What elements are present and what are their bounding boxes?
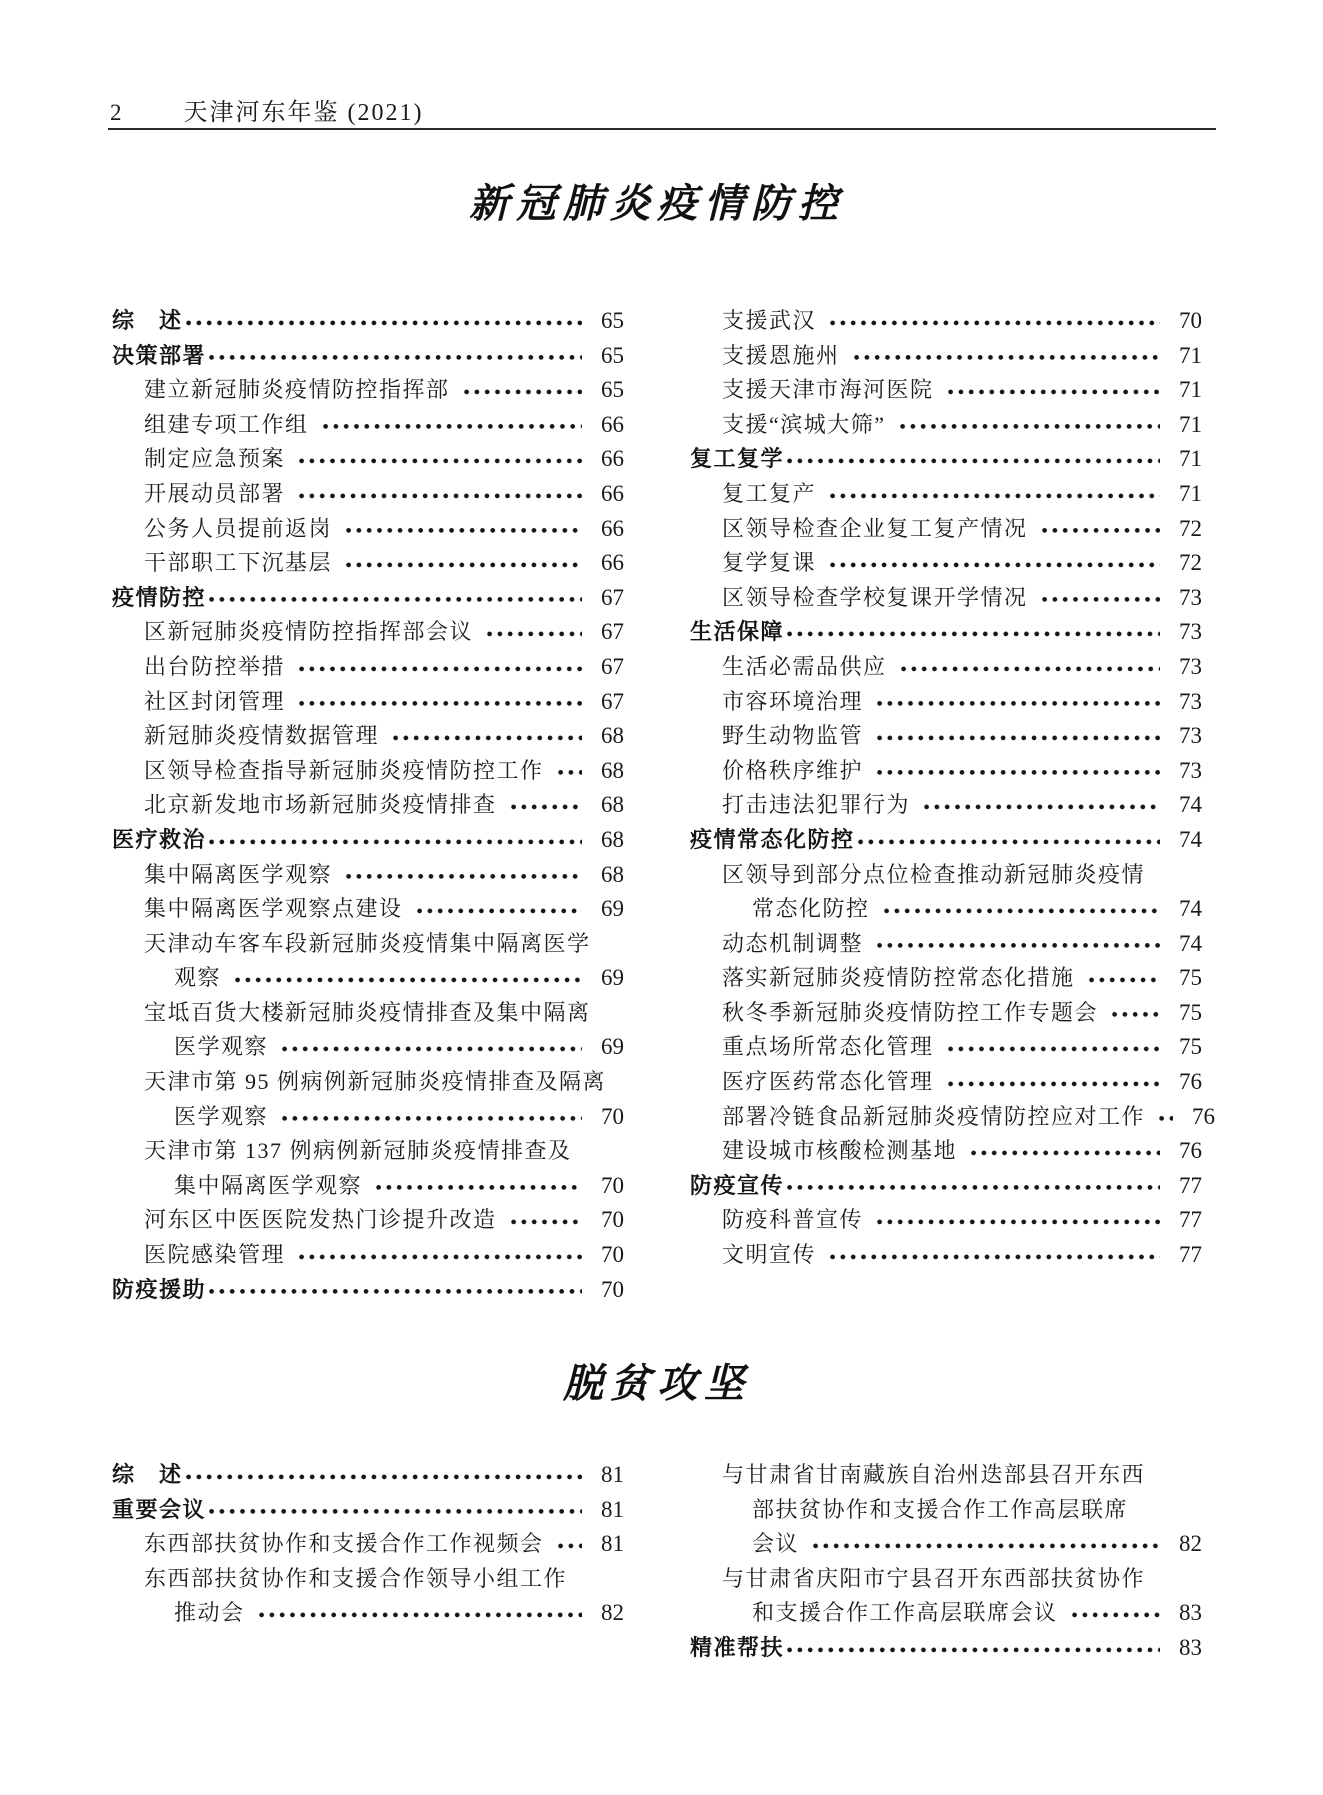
toc-entry-page: 73: [1172, 685, 1202, 720]
toc-entry: 集中隔离医学观察70: [112, 1169, 624, 1204]
toc-entry: 野生动物监管73: [690, 719, 1202, 754]
toc-entry: 文明宣传77: [690, 1238, 1202, 1273]
toc-entry-page: 66: [594, 546, 624, 581]
dot-leader: [787, 1169, 1160, 1204]
toc-entry-page: 70: [594, 1203, 624, 1238]
toc-entry: 社区封闭管理67: [112, 685, 624, 720]
dot-leader: [971, 1134, 1160, 1169]
dot-leader: [186, 1458, 582, 1493]
toc-entry: 组建专项工作组66: [112, 408, 624, 443]
toc-entry: 综 述65: [112, 304, 624, 339]
section-covid: 新冠肺炎疫情防控 综 述65决策部署65建立新冠肺炎疫情防控指挥部65组建专项工…: [112, 176, 1202, 1307]
toc-entry: 重点场所常态化管理75: [690, 1030, 1202, 1065]
toc-entry-page: 71: [1172, 408, 1202, 443]
toc-entry-text: 综 述: [112, 304, 183, 339]
section-covid-title: 新冠肺炎疫情防控: [112, 176, 1202, 232]
toc-entry-page: 73: [1172, 581, 1202, 616]
toc-column-left: 综 述81重要会议81东西部扶贫协作和支援合作工作视频会81东西部扶贫协作和支援…: [112, 1458, 624, 1631]
toc-entry: 制定应急预案66: [112, 442, 624, 477]
dot-leader: [1042, 512, 1160, 547]
dot-leader: [1042, 581, 1160, 616]
toc-entry-page: 76: [1172, 1065, 1202, 1100]
toc-entry: 生活必需品供应73: [690, 650, 1202, 685]
toc-entry: 与甘肃省甘南藏族自治州迭部县召开东西: [690, 1458, 1202, 1493]
toc-entry-page: 68: [594, 823, 624, 858]
toc-entry: 决策部署65: [112, 339, 624, 374]
toc-entry-page: 77: [1172, 1238, 1202, 1273]
toc-entry-text: 支援“滨城大筛”: [722, 408, 886, 443]
toc-entry-page: 70: [594, 1100, 624, 1135]
toc-entry: 防疫援助70: [112, 1273, 624, 1308]
toc-entry: 生活保障73: [690, 615, 1202, 650]
toc-entry: 打击违法犯罪行为74: [690, 788, 1202, 823]
toc-entry-text: 与甘肃省甘南藏族自治州迭部县召开东西: [722, 1458, 1145, 1493]
dot-leader: [511, 1203, 582, 1238]
toc-entry: 天津市第 137 例病例新冠肺炎疫情排查及: [112, 1134, 624, 1169]
toc-entry: 集中隔离医学观察68: [112, 858, 624, 893]
dot-leader: [511, 788, 582, 823]
toc-entry-text: 动态机制调整: [722, 927, 863, 962]
toc-entry-text: 防疫援助: [112, 1273, 206, 1308]
toc-entry-text: 精准帮扶: [690, 1631, 784, 1666]
toc-entry: 市容环境治理73: [690, 685, 1202, 720]
toc-entry: 东西部扶贫协作和支援合作工作视频会81: [112, 1527, 624, 1562]
toc-entry: 疫情常态化防控74: [690, 823, 1202, 858]
toc-entry: 防疫科普宣传77: [690, 1203, 1202, 1238]
toc-entry-text: 区领导检查学校复课开学情况: [722, 581, 1028, 616]
dot-leader: [830, 304, 1160, 339]
toc-entry-text: 天津动车客车段新冠肺炎疫情集中隔离医学: [144, 927, 591, 962]
toc-entry-page: 70: [594, 1273, 624, 1308]
dot-leader: [948, 373, 1160, 408]
toc-entry: 区领导检查指导新冠肺炎疫情防控工作68: [112, 754, 624, 789]
toc-entry-text: 东西部扶贫协作和支援合作领导小组工作: [144, 1562, 567, 1597]
toc-entry-text: 疫情常态化防控: [690, 823, 855, 858]
toc-entry-text: 天津市第 95 例病例新冠肺炎疫情排查及隔离: [144, 1065, 606, 1100]
toc-entry-text: 宝坻百货大楼新冠肺炎疫情排查及集中隔离: [144, 996, 591, 1031]
toc-entry-text: 秋冬季新冠肺炎疫情防控工作专题会: [722, 996, 1098, 1031]
dot-leader: [924, 788, 1160, 823]
toc-entry: 北京新发地市场新冠肺炎疫情排查68: [112, 788, 624, 823]
dot-leader: [877, 754, 1160, 789]
toc-entry: 建设城市核酸检测基地76: [690, 1134, 1202, 1169]
toc-entry: 集中隔离医学观察点建设69: [112, 892, 624, 927]
toc-entry-text: 防疫宣传: [690, 1169, 784, 1204]
toc-entry-page: 67: [594, 581, 624, 616]
dot-leader: [323, 408, 582, 443]
dot-leader: [787, 1631, 1160, 1666]
toc-entry-text: 重点场所常态化管理: [722, 1030, 934, 1065]
toc-entry-text: 部署冷链食品新冠肺炎疫情防控应对工作: [722, 1100, 1145, 1135]
toc-entry-text: 新冠肺炎疫情数据管理: [144, 719, 379, 754]
dot-leader: [1112, 996, 1160, 1031]
toc-entry-page: 76: [1185, 1100, 1215, 1135]
toc-entry: 支援“滨城大筛”71: [690, 408, 1202, 443]
section-poverty-title: 脱贫攻坚: [112, 1356, 1202, 1412]
toc-entry-page: 68: [594, 858, 624, 893]
toc-entry-page: 67: [594, 615, 624, 650]
toc-entry-text: 防疫科普宣传: [722, 1203, 863, 1238]
dot-leader: [299, 477, 582, 512]
header-book-title: 天津河东年鉴 (2021): [184, 92, 424, 127]
dot-leader: [948, 1065, 1160, 1100]
toc-entry-page: 81: [594, 1527, 624, 1562]
dot-leader: [209, 581, 582, 616]
dot-leader: [259, 1596, 582, 1631]
toc-entry-text: 天津市第 137 例病例新冠肺炎疫情排查及: [144, 1134, 572, 1169]
toc-entry-text: 制定应急预案: [144, 442, 285, 477]
toc-entry-page: 71: [1172, 442, 1202, 477]
toc-entry-page: 74: [1172, 788, 1202, 823]
toc-column-left: 综 述65决策部署65建立新冠肺炎疫情防控指挥部65组建专项工作组66制定应急预…: [112, 304, 624, 1307]
dot-leader: [813, 1527, 1160, 1562]
toc-entry: 出台防控举措67: [112, 650, 624, 685]
header-page-number: 2: [110, 100, 123, 126]
toc-entry-page: 74: [1172, 927, 1202, 962]
dot-leader: [877, 719, 1160, 754]
toc-entry: 和支援合作工作高层联席会议83: [690, 1596, 1202, 1631]
toc-entry: 区新冠肺炎疫情防控指挥部会议67: [112, 615, 624, 650]
toc-entry-page: 68: [594, 754, 624, 789]
toc-entry: 部扶贫协作和支援合作工作高层联席: [690, 1493, 1202, 1528]
toc-entry-text: 区新冠肺炎疫情防控指挥部会议: [144, 615, 473, 650]
toc-entry-page: 66: [594, 512, 624, 547]
toc-entry-page: 65: [594, 339, 624, 374]
toc-entry-text: 医学观察: [174, 1030, 268, 1065]
toc-entry: 部署冷链食品新冠肺炎疫情防控应对工作76: [690, 1100, 1202, 1135]
toc-entry-text: 医院感染管理: [144, 1238, 285, 1273]
toc-entry-text: 出台防控举措: [144, 650, 285, 685]
toc-entry-text: 文明宣传: [722, 1238, 816, 1273]
dot-leader: [854, 339, 1160, 374]
toc-entry-page: 81: [594, 1493, 624, 1528]
toc-entry-page: 68: [594, 788, 624, 823]
toc-entry-page: 69: [594, 961, 624, 996]
dot-leader: [830, 1238, 1160, 1273]
toc-entry-text: 开展动员部署: [144, 477, 285, 512]
dot-leader: [186, 304, 582, 339]
dot-leader: [299, 685, 582, 720]
toc-entry-text: 观察: [174, 961, 221, 996]
toc-entry-page: 67: [594, 685, 624, 720]
toc-entry: 建立新冠肺炎疫情防控指挥部65: [112, 373, 624, 408]
toc-entry-page: 71: [1172, 339, 1202, 374]
dot-leader: [877, 1203, 1160, 1238]
toc-entry: 秋冬季新冠肺炎疫情防控工作专题会75: [690, 996, 1202, 1031]
dot-leader: [1089, 961, 1160, 996]
toc-entry-text: 支援恩施州: [722, 339, 840, 374]
toc-entry-text: 生活保障: [690, 615, 784, 650]
toc-entry-text: 决策部署: [112, 339, 206, 374]
toc-entry-text: 复工复学: [690, 442, 784, 477]
toc-entry: 医疗救治68: [112, 823, 624, 858]
dot-leader: [901, 650, 1160, 685]
toc-entry-text: 建立新冠肺炎疫情防控指挥部: [144, 373, 450, 408]
toc-entry: 疫情防控67: [112, 581, 624, 616]
toc-entry: 观察69: [112, 961, 624, 996]
toc-entry-page: 82: [1172, 1527, 1202, 1562]
toc-entry-text: 打击违法犯罪行为: [722, 788, 910, 823]
toc-entry: 支援天津市海河医院71: [690, 373, 1202, 408]
toc-entry: 河东区中医医院发热门诊提升改造70: [112, 1203, 624, 1238]
dot-leader: [1159, 1100, 1173, 1135]
toc-entry-text: 支援武汉: [722, 304, 816, 339]
toc-entry-text: 复学复课: [722, 546, 816, 581]
dot-leader: [830, 477, 1160, 512]
toc-entry-text: 野生动物监管: [722, 719, 863, 754]
toc-entry-text: 东西部扶贫协作和支援合作工作视频会: [144, 1527, 544, 1562]
dot-leader: [787, 615, 1160, 650]
toc-entry-text: 推动会: [174, 1596, 245, 1631]
toc-entry-page: 70: [1172, 304, 1202, 339]
toc-entry: 医学观察70: [112, 1100, 624, 1135]
dot-leader: [282, 1100, 582, 1135]
toc-entry: 天津动车客车段新冠肺炎疫情集中隔离医学: [112, 927, 624, 962]
toc-entry-page: 73: [1172, 650, 1202, 685]
dot-leader: [209, 1273, 582, 1308]
dot-leader: [558, 1527, 582, 1562]
toc-entry-page: 83: [1172, 1631, 1202, 1666]
toc-entry-text: 复工复产: [722, 477, 816, 512]
toc-entry: 复工复学71: [690, 442, 1202, 477]
toc-entry-page: 72: [1172, 512, 1202, 547]
toc-entry-text: 落实新冠肺炎疫情防控常态化措施: [722, 961, 1075, 996]
toc-entry-page: 75: [1172, 996, 1202, 1031]
dot-leader: [346, 546, 582, 581]
toc-entry-text: 公务人员提前返岗: [144, 512, 332, 547]
dot-leader: [376, 1169, 582, 1204]
dot-leader: [558, 754, 582, 789]
toc-entry: 区领导到部分点位检查推动新冠肺炎疫情: [690, 858, 1202, 893]
toc-entry-text: 社区封闭管理: [144, 685, 285, 720]
toc-entry-page: 68: [594, 719, 624, 754]
toc-entry-page: 77: [1172, 1203, 1202, 1238]
toc-entry-text: 集中隔离医学观察: [174, 1169, 362, 1204]
dot-leader: [830, 546, 1160, 581]
toc-entry-text: 组建专项工作组: [144, 408, 309, 443]
toc-entry-page: 66: [594, 477, 624, 512]
header-rule: [108, 128, 1216, 130]
toc-entry-page: 83: [1172, 1596, 1202, 1631]
toc-entry-page: 65: [594, 373, 624, 408]
toc-entry-page: 71: [1172, 477, 1202, 512]
toc-entry-page: 69: [594, 1030, 624, 1065]
dot-leader: [948, 1030, 1160, 1065]
toc-entry: 综 述81: [112, 1458, 624, 1493]
dot-leader: [877, 685, 1160, 720]
toc-entry-page: 73: [1172, 719, 1202, 754]
toc-entry-page: 75: [1172, 961, 1202, 996]
toc-entry: 区领导检查企业复工复产情况72: [690, 512, 1202, 547]
toc-entry-page: 76: [1172, 1134, 1202, 1169]
toc-entry-text: 医疗救治: [112, 823, 206, 858]
toc-columns: 综 述65决策部署65建立新冠肺炎疫情防控指挥部65组建专项工作组66制定应急预…: [112, 304, 1202, 1307]
dot-leader: [417, 892, 582, 927]
dot-leader: [282, 1030, 582, 1065]
toc-entry-page: 74: [1172, 823, 1202, 858]
toc-entry-text: 区领导到部分点位检查推动新冠肺炎疫情: [722, 858, 1145, 893]
toc-entry-page: 65: [594, 304, 624, 339]
toc-entry: 复工复产71: [690, 477, 1202, 512]
toc-entry-page: 66: [594, 408, 624, 443]
toc-entry-page: 69: [594, 892, 624, 927]
toc-entry-text: 医疗医药常态化管理: [722, 1065, 934, 1100]
toc-entry: 防疫宣传77: [690, 1169, 1202, 1204]
dot-leader: [209, 339, 582, 374]
toc-entry-page: 81: [594, 1458, 624, 1493]
toc-entry: 支援武汉70: [690, 304, 1202, 339]
toc-entry: 复学复课72: [690, 546, 1202, 581]
toc-entry-text: 市容环境治理: [722, 685, 863, 720]
dot-leader: [209, 1493, 582, 1528]
toc-entry-text: 干部职工下沉基层: [144, 546, 332, 581]
toc-entry-page: 82: [594, 1596, 624, 1631]
toc-entry: 价格秩序维护73: [690, 754, 1202, 789]
toc-column-right: 与甘肃省甘南藏族自治州迭部县召开东西部扶贫协作和支援合作工作高层联席会议82与甘…: [690, 1458, 1202, 1666]
toc-entry-text: 集中隔离医学观察: [144, 858, 332, 893]
toc-column-right: 支援武汉70支援恩施州71支援天津市海河医院71支援“滨城大筛”71复工复学71…: [690, 304, 1202, 1273]
toc-entry: 新冠肺炎疫情数据管理68: [112, 719, 624, 754]
toc-entry-text: 区领导检查企业复工复产情况: [722, 512, 1028, 547]
dot-leader: [877, 927, 1160, 962]
dot-leader: [209, 823, 582, 858]
toc-entry-text: 集中隔离医学观察点建设: [144, 892, 403, 927]
toc-entry: 医院感染管理70: [112, 1238, 624, 1273]
toc-entry: 天津市第 95 例病例新冠肺炎疫情排查及隔离: [112, 1065, 624, 1100]
toc-entry-text: 部扶贫协作和支援合作工作高层联席: [752, 1493, 1128, 1528]
dot-leader: [487, 615, 582, 650]
dot-leader: [464, 373, 582, 408]
dot-leader: [346, 512, 582, 547]
dot-leader: [346, 858, 582, 893]
toc-entry-page: 67: [594, 650, 624, 685]
toc-columns: 综 述81重要会议81东西部扶贫协作和支援合作工作视频会81东西部扶贫协作和支援…: [112, 1458, 1202, 1666]
dot-leader: [858, 823, 1160, 858]
toc-entry: 会议82: [690, 1527, 1202, 1562]
toc-entry-text: 疫情防控: [112, 581, 206, 616]
toc-entry-page: 70: [594, 1169, 624, 1204]
toc-entry: 医疗医药常态化管理76: [690, 1065, 1202, 1100]
toc-entry-text: 价格秩序维护: [722, 754, 863, 789]
dot-leader: [299, 650, 582, 685]
toc-entry-page: 77: [1172, 1169, 1202, 1204]
toc-entry-page: 74: [1172, 892, 1202, 927]
toc-entry: 干部职工下沉基层66: [112, 546, 624, 581]
toc-entry-page: 72: [1172, 546, 1202, 581]
running-header: 2 天津河东年鉴 (2021): [110, 92, 1218, 127]
toc-entry: 宝坻百货大楼新冠肺炎疫情排查及集中隔离: [112, 996, 624, 1031]
toc-entry-text: 综 述: [112, 1458, 183, 1493]
yearbook-toc-page: 2 天津河东年鉴 (2021) 新冠肺炎疫情防控 综 述65决策部署65建立新冠…: [0, 0, 1323, 1795]
toc-entry-text: 区领导检查指导新冠肺炎疫情防控工作: [144, 754, 544, 789]
dot-leader: [900, 408, 1160, 443]
toc-entry-page: 70: [594, 1238, 624, 1273]
dot-leader: [1072, 1596, 1160, 1631]
toc-entry: 与甘肃省庆阳市宁县召开东西部扶贫协作: [690, 1562, 1202, 1597]
toc-entry-text: 医学观察: [174, 1100, 268, 1135]
toc-entry-page: 71: [1172, 373, 1202, 408]
toc-entry: 推动会82: [112, 1596, 624, 1631]
dot-leader: [393, 719, 582, 754]
toc-entry: 开展动员部署66: [112, 477, 624, 512]
toc-entry-text: 重要会议: [112, 1493, 206, 1528]
dot-leader: [884, 892, 1160, 927]
toc-entry: 落实新冠肺炎疫情防控常态化措施75: [690, 961, 1202, 996]
dot-leader: [299, 442, 582, 477]
toc-entry: 支援恩施州71: [690, 339, 1202, 374]
toc-entry-page: 73: [1172, 754, 1202, 789]
toc-entry-text: 与甘肃省庆阳市宁县召开东西部扶贫协作: [722, 1562, 1145, 1597]
toc-entry: 医学观察69: [112, 1030, 624, 1065]
toc-entry-text: 会议: [752, 1527, 799, 1562]
toc-entry-page: 73: [1172, 615, 1202, 650]
toc-entry-page: 75: [1172, 1030, 1202, 1065]
toc-entry-text: 常态化防控: [752, 892, 870, 927]
dot-leader: [299, 1238, 582, 1273]
toc-entry-text: 生活必需品供应: [722, 650, 887, 685]
toc-entry-text: 北京新发地市场新冠肺炎疫情排查: [144, 788, 497, 823]
toc-entry-text: 和支援合作工作高层联席会议: [752, 1596, 1058, 1631]
toc-entry: 动态机制调整74: [690, 927, 1202, 962]
toc-entry: 东西部扶贫协作和支援合作领导小组工作: [112, 1562, 624, 1597]
dot-leader: [787, 442, 1160, 477]
toc-entry: 常态化防控74: [690, 892, 1202, 927]
toc-entry: 区领导检查学校复课开学情况73: [690, 581, 1202, 616]
toc-entry-text: 建设城市核酸检测基地: [722, 1134, 957, 1169]
dot-leader: [235, 961, 582, 996]
toc-entry-page: 66: [594, 442, 624, 477]
section-poverty: 脱贫攻坚 综 述81重要会议81东西部扶贫协作和支援合作工作视频会81东西部扶贫…: [112, 1356, 1202, 1666]
toc-entry-text: 支援天津市海河医院: [722, 373, 934, 408]
toc-entry: 重要会议81: [112, 1493, 624, 1528]
toc-entry: 公务人员提前返岗66: [112, 512, 624, 547]
toc-entry: 精准帮扶83: [690, 1631, 1202, 1666]
toc-entry-text: 河东区中医医院发热门诊提升改造: [144, 1203, 497, 1238]
